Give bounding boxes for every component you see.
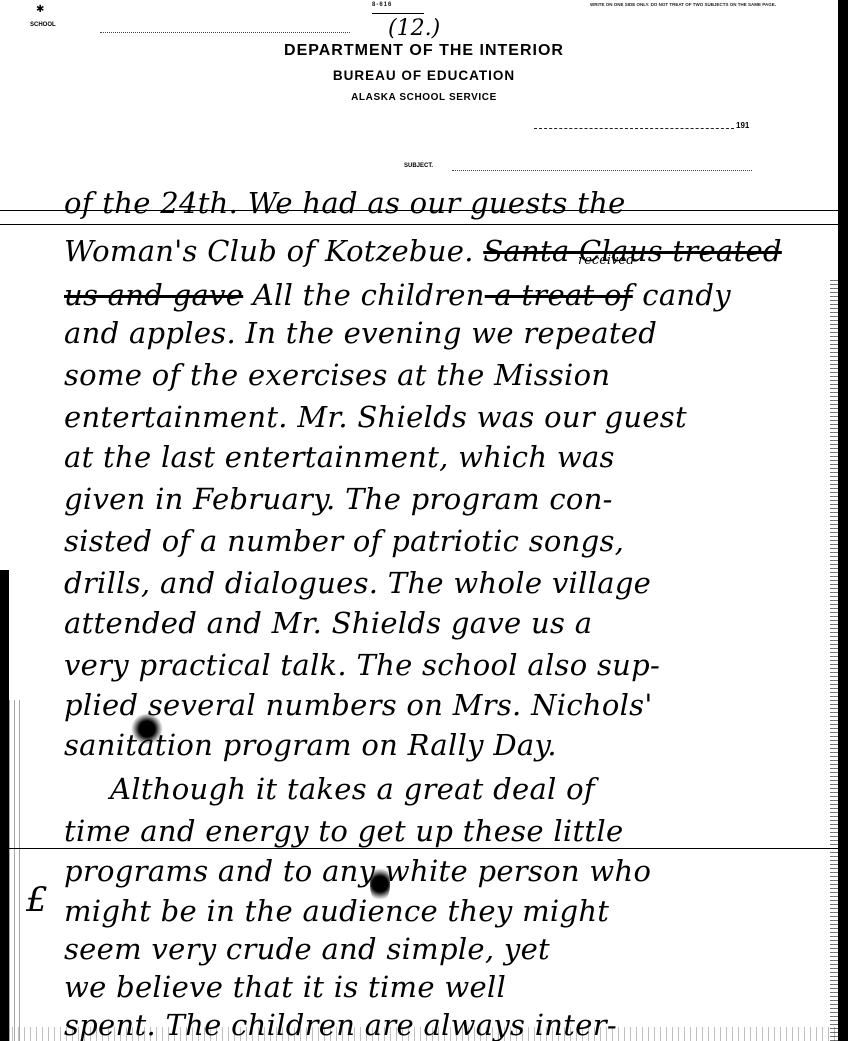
page-notice: WRITE ON ONE SIDE ONLY. DO NOT TREAT OF …	[588, 2, 778, 8]
scan-edge-right	[838, 0, 848, 1041]
handwritten-line: Woman's Club of Kotzebue. Santa Claus tr…	[64, 234, 834, 268]
school-blank-line	[100, 32, 350, 33]
ruled-line	[0, 848, 848, 849]
handwritten-line: some of the exercises at the Mission	[64, 358, 834, 392]
handwritten-line: plied several numbers on Mrs. Nichols'	[64, 688, 834, 722]
handwritten-line: and apples. In the evening we repeated	[64, 316, 834, 350]
handwritten-line: drills, and dialogues. The whole village	[64, 566, 834, 600]
handwritten-line: given in February. The program con-	[64, 482, 834, 516]
struck-text: us and gave	[64, 278, 243, 312]
page-number: (12.)	[388, 16, 440, 41]
handwritten-line: sisted of a number of patriotic songs,	[64, 524, 834, 558]
department-heading: DEPARTMENT OF THE INTERIOR	[0, 42, 848, 60]
handwritten-line: might be in the audience they might	[64, 894, 834, 928]
handwritten-line: sanitation program on Rally Day.	[64, 728, 834, 762]
struck-text: a treat of	[485, 278, 633, 312]
scanned-letter-page: ✱ SCHOOL 8-616 (12.) WRITE ON ONE SIDE O…	[0, 0, 848, 1041]
school-label: SCHOOL	[30, 22, 56, 28]
subject-blank-line	[452, 170, 752, 171]
handwritten-line: us and gave All the children a treat of …	[64, 278, 834, 312]
handwritten-line: programs and to any white person who	[64, 854, 834, 888]
scan-noise-left	[9, 700, 23, 1041]
handwritten-line: attended and Mr. Shields gave us a	[64, 606, 834, 640]
handwritten-line: we believe that it is time well	[64, 970, 834, 1004]
scan-edge-left	[0, 570, 9, 1041]
date-year: 191	[736, 121, 749, 130]
handwritten-line: Although it takes a great deal of	[110, 772, 848, 806]
ruled-line	[0, 224, 848, 225]
date-blank-line	[534, 128, 734, 129]
handwritten-line: seem very crude and simple, yet	[64, 932, 834, 966]
handwritten-line: very practical talk. The school also sup…	[64, 648, 834, 682]
service-heading: ALASKA SCHOOL SERVICE	[0, 92, 848, 103]
form-number-rule	[372, 13, 424, 14]
subject-label: SUBJECT.	[404, 163, 433, 169]
ink-smudge	[370, 864, 390, 904]
bureau-heading: BUREAU OF EDUCATION	[0, 68, 848, 83]
handwritten-line: spent. The children are always inter-	[64, 1008, 834, 1041]
handwritten-line: of the 24th. We had as our guests the	[64, 186, 834, 220]
struck-text: Santa Claus treated	[483, 234, 782, 268]
handwritten-line: at the last entertainment, which was	[64, 440, 834, 474]
margin-mark: £	[26, 880, 48, 920]
form-number: 8-616	[372, 2, 392, 8]
ink-smudge	[130, 714, 164, 744]
handwritten-line: entertainment. Mr. Shields was our guest	[64, 400, 834, 434]
ink-mark-icon: ✱	[36, 4, 44, 15]
handwritten-line: time and energy to get up these little	[64, 814, 834, 848]
